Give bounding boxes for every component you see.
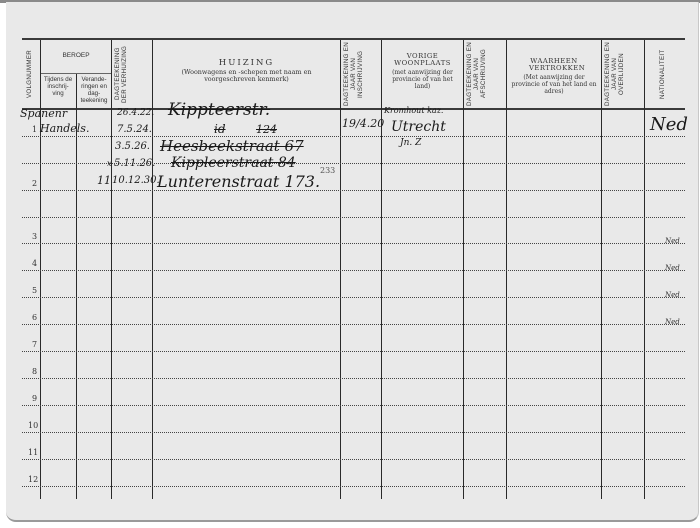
handwritten-beroep-1: Spanenr [20, 107, 67, 120]
row-number-8: 8 [32, 367, 37, 376]
handwritten-address-3: Heesbeekstraat 67 [160, 137, 304, 155]
handwritten-address-5: Lunterenstraat 173. [157, 172, 320, 191]
handwritten-vorige-3: Jn. Z [400, 138, 421, 148]
handwritten-date-4: 5.11.26. [114, 158, 155, 169]
header-nationaliteit: NATIONALITEIT [659, 42, 671, 106]
row-number-12: 12 [28, 475, 38, 484]
header-dagteekening-verhuizing: DAGTEEKENING DER VERHUIZING [114, 42, 148, 106]
row-line-4 [22, 270, 685, 271]
row-number-2: 2 [32, 179, 37, 188]
row-number-7: 7 [32, 340, 37, 349]
row-line-10 [22, 432, 685, 433]
header-waarheen-title: WAARHEEN VERTROKKEN [507, 58, 601, 72]
row-line-9 [22, 405, 685, 406]
margin-tick-3: Ned [665, 291, 680, 299]
row-number-1: 1 [32, 125, 37, 134]
handwritten-inschrijving-date: 19/4.20 [342, 117, 384, 130]
header-beroep: BEROEP [41, 52, 111, 59]
row-number-3: 3 [32, 232, 37, 241]
row-line-5 [22, 297, 685, 298]
row-line-1 [22, 136, 685, 137]
row-line-2 [22, 190, 685, 191]
header-dagteekening-afschrijving: DAGTEEKENING EN JAAR VAN AFSCHRIJVING [466, 42, 502, 106]
row-line-2b [22, 217, 685, 218]
handwritten-address-4: Kippleerstraat 84 [171, 155, 296, 171]
handwritten-vorige-2: Utrecht [391, 119, 446, 135]
header-huizing: HUIZING (Woonwagens en -schepen met naam… [153, 60, 340, 83]
handwritten-date-3: 3.5.26. [115, 141, 150, 152]
header-dagteekening-overlijden: DAGTEEKENING EN JAAR VAN OVERLIJDEN [604, 42, 640, 106]
header-vorige: VORIGE WOONPLAATS (met aanwijzing der pr… [382, 53, 463, 90]
handwritten-date-5: 10.12.30. [112, 175, 160, 186]
handwritten-date-5-prefix: 11 [97, 174, 111, 187]
header-huizing-title: HUIZING [153, 60, 340, 67]
handwritten-date-2: 7.5.24. [117, 124, 152, 135]
row-number-4: 4 [32, 259, 37, 268]
handwritten-nationaliteit: Ned [650, 114, 688, 135]
header-vorige-sub: (met aanwijzing der provincie of van het… [382, 67, 463, 90]
header-waarheen-sub: (Met aanwijzing der provincie of van het… [507, 72, 601, 95]
row-number-10: 10 [28, 421, 38, 430]
header-beroep-veranderingen: Verande- ringen en dag- teekening [77, 76, 111, 104]
row-number-11: 11 [28, 448, 38, 457]
handwritten-date-4-prefix: x [107, 159, 112, 168]
row-line-3 [22, 243, 685, 244]
top-rule [22, 38, 685, 40]
header-beroep-tijdens: Tijdens de inschrij- ving [41, 76, 75, 97]
header-waarheen: WAARHEEN VERTROKKEN (Met aanwijzing der … [507, 58, 601, 95]
margin-tick-1: Ned [665, 237, 680, 245]
handwritten-date-1: 26.4.22. [117, 108, 154, 118]
header-volgnummer: VOLGNUMMER [26, 42, 36, 106]
header-dagteekening-inschrijving: DAGTEEKENING EN JAAR VAN INSCHRIJVING [343, 42, 377, 106]
handwritten-address-annotation: 233 [320, 166, 335, 175]
handwritten-beroep-2: Handels. [40, 122, 89, 135]
row-line-8 [22, 378, 685, 379]
handwritten-address-1: Kippteerstr. [168, 100, 270, 120]
row-line-6 [22, 324, 685, 325]
row-line-12 [22, 486, 685, 487]
col-line-beroep-split [76, 74, 77, 499]
row-number-6: 6 [32, 313, 37, 322]
row-line-7 [22, 351, 685, 352]
row-number-9: 9 [32, 394, 37, 403]
margin-tick-4: Ned [665, 318, 680, 326]
handwritten-vorige-1: Kromhout kaz. [384, 106, 443, 115]
row-line-11 [22, 459, 685, 460]
handwritten-address-2: id [214, 122, 226, 136]
handwritten-address-2-number: 124 [256, 123, 277, 136]
header-vorige-title: VORIGE WOONPLAATS [382, 53, 463, 67]
header-huizing-sub: (Woonwagens en -schepen met naam en voor… [153, 67, 340, 83]
margin-tick-2: Ned [665, 264, 680, 272]
row-number-5: 5 [32, 286, 37, 295]
